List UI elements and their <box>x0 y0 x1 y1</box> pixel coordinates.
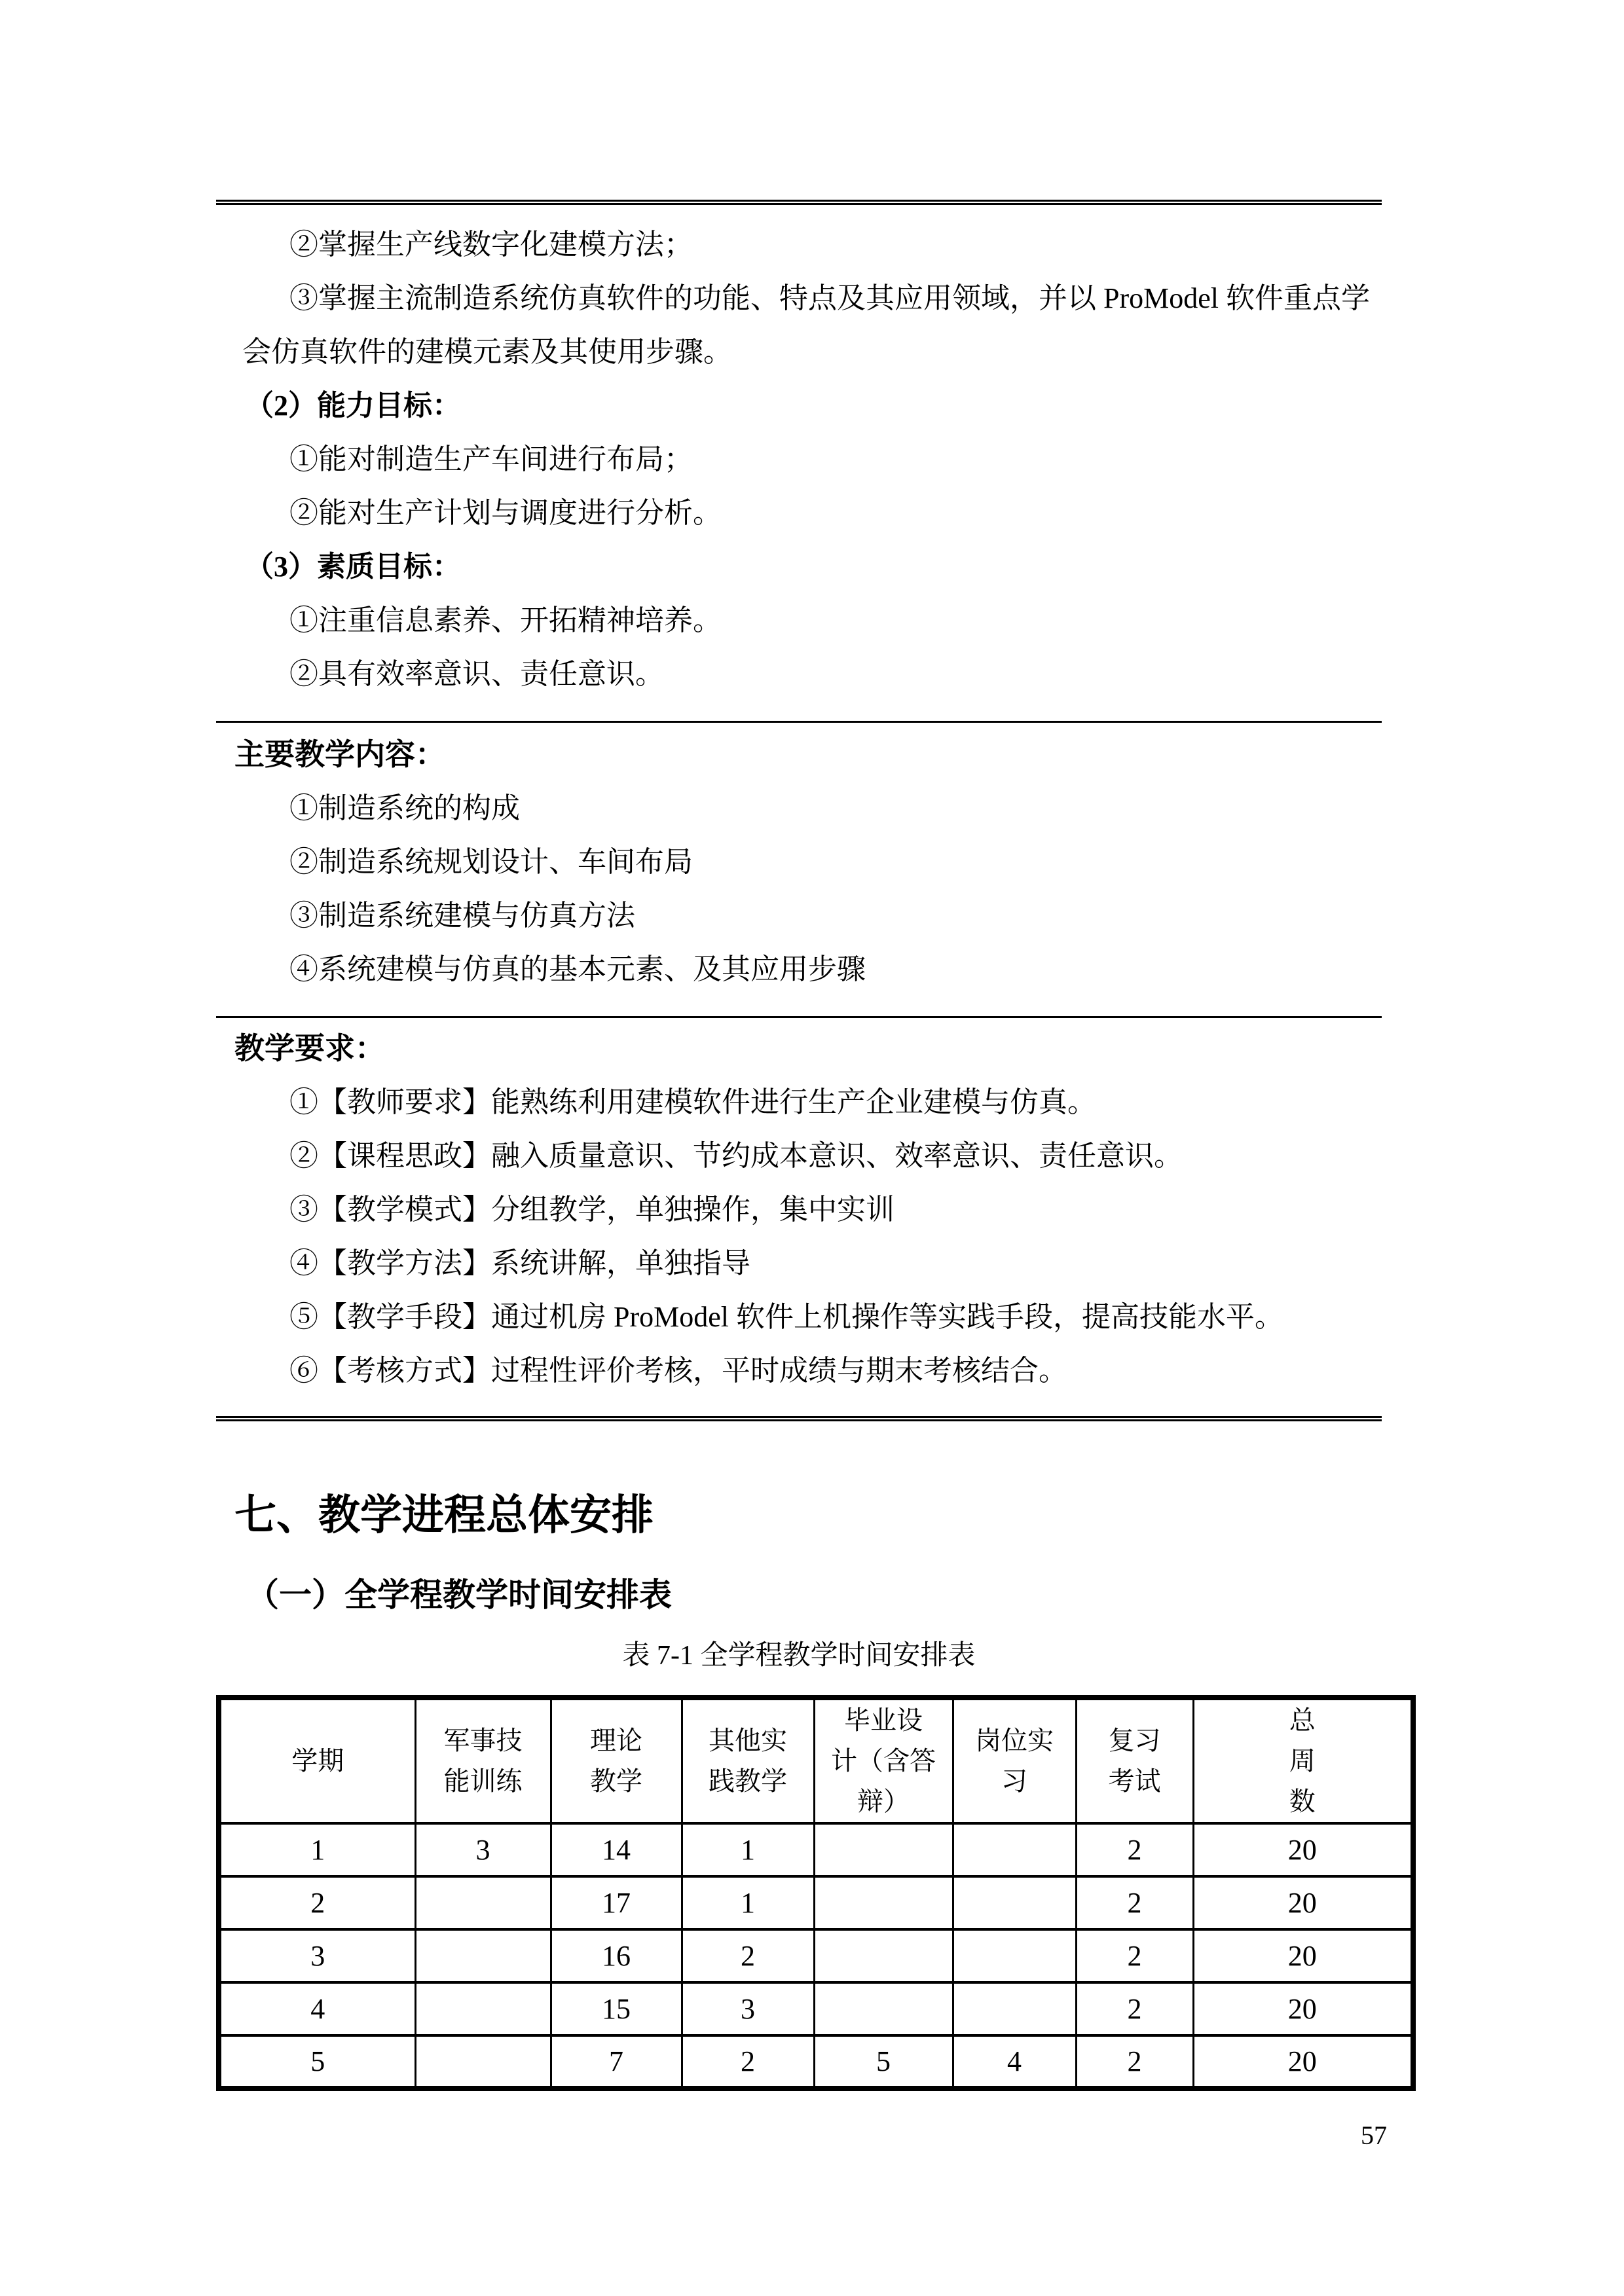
schedule-cell <box>953 1823 1076 1876</box>
schedule-header-cell: 总 周 数 <box>1193 1698 1413 1823</box>
page-content: ②掌握生产线数字化建模方法；③掌握主流制造系统仿真软件的功能、特点及其应用领域，… <box>216 200 1411 2091</box>
schedule-cell: 2 <box>1076 2035 1193 2088</box>
schedule-header-cell: 其他实 践教学 <box>682 1698 814 1823</box>
schedule-cell <box>814 1823 953 1876</box>
schedule-cell: 2 <box>682 1929 814 1982</box>
section-objectives: ②掌握生产线数字化建模方法；③掌握主流制造系统仿真软件的功能、特点及其应用领域，… <box>216 205 1382 721</box>
schedule-header-cell: 理论 教学 <box>551 1698 682 1823</box>
schedule-table: 学期军事技 能训练理论 教学其他实 践教学毕业设 计（含答 辩）岗位实 习复习 … <box>216 1695 1416 2091</box>
schedule-header-cell: 学期 <box>219 1698 415 1823</box>
schedule-cell <box>814 1876 953 1929</box>
schedule-header-cell: 岗位实 习 <box>953 1698 1076 1823</box>
section-teaching-requirements: 教学要求：①【教师要求】能熟练利用建模软件进行生产企业建模与仿真。②【课程思政】… <box>216 1016 1382 1416</box>
table-caption: 表 7-1 全学程教学时间安排表 <box>216 1639 1382 1673</box>
section-heading: 七、教学进程总体安排 <box>234 1489 1411 1540</box>
schedule-header-row: 学期军事技 能训练理论 教学其他实 践教学毕业设 计（含答 辩）岗位实 习复习 … <box>219 1698 1413 1823</box>
schedule-cell <box>415 1929 551 1982</box>
schedule-cell: 20 <box>1193 1929 1413 1982</box>
schedule-cell: 1 <box>682 1876 814 1929</box>
schedule-cell: 20 <box>1193 1823 1413 1876</box>
schedule-cell: 4 <box>953 2035 1076 2088</box>
schedule-cell: 5 <box>219 2035 415 2088</box>
text-line: ④【教学方法】系统讲解，单独指导 <box>234 1237 1382 1290</box>
text-line: ②【课程思政】融入质量意识、节约成本意识、效率意识、责任意识。 <box>234 1129 1382 1183</box>
text-line: ①【教师要求】能熟练利用建模软件进行生产企业建模与仿真。 <box>234 1076 1382 1129</box>
text-line: 会仿真软件的建模元素及其使用步骤。 <box>234 325 1382 379</box>
schedule-cell: 2 <box>1076 1929 1193 1982</box>
schedule-cell: 1 <box>219 1823 415 1876</box>
schedule-cell: 20 <box>1193 1876 1413 1929</box>
schedule-cell <box>953 1876 1076 1929</box>
schedule-header-cell: 毕业设 计（含答 辩） <box>814 1698 953 1823</box>
schedule-cell: 15 <box>551 1982 682 2035</box>
text-line: ②掌握生产线数字化建模方法； <box>234 218 1382 272</box>
schedule-row: 13141220 <box>219 1823 1413 1876</box>
page-number: 57 <box>1361 2120 1387 2151</box>
schedule-cell <box>814 1929 953 1982</box>
text-line: （2）能力目标： <box>234 379 1382 433</box>
schedule-cell: 14 <box>551 1823 682 1876</box>
text-line: ④系统建模与仿真的基本元素、及其应用步骤 <box>234 943 1382 996</box>
schedule-cell: 3 <box>415 1823 551 1876</box>
text-line: ①制造系统的构成 <box>234 782 1382 835</box>
text-line: ③制造系统建模与仿真方法 <box>234 889 1382 943</box>
schedule-cell <box>415 1982 551 2035</box>
schedule-cell: 7 <box>551 2035 682 2088</box>
text-line: ②具有效率意识、责任意识。 <box>234 647 1382 701</box>
course-info-block: ②掌握生产线数字化建模方法；③掌握主流制造系统仿真软件的功能、特点及其应用领域，… <box>216 200 1382 1421</box>
schedule-cell: 2 <box>682 2035 814 2088</box>
schedule-cell: 20 <box>1193 2035 1413 2088</box>
schedule-cell: 2 <box>1076 1876 1193 1929</box>
schedule-cell: 2 <box>1076 1823 1193 1876</box>
schedule-cell: 5 <box>814 2035 953 2088</box>
schedule-cell <box>415 2035 551 2088</box>
schedule-cell: 2 <box>219 1876 415 1929</box>
text-line: （3）素质目标： <box>234 540 1382 594</box>
schedule-cell: 2 <box>1076 1982 1193 2035</box>
text-line: ①注重信息素养、开拓精神培养。 <box>234 594 1382 647</box>
schedule-cell: 3 <box>682 1982 814 2035</box>
schedule-row: 3162220 <box>219 1929 1413 1982</box>
schedule-row: 57254220 <box>219 2035 1413 2088</box>
schedule-cell: 1 <box>682 1823 814 1876</box>
document-page: ②掌握生产线数字化建模方法；③掌握主流制造系统仿真软件的功能、特点及其应用领域，… <box>0 0 1624 2296</box>
schedule-header-cell: 复习 考试 <box>1076 1698 1193 1823</box>
schedule-row: 2171220 <box>219 1876 1413 1929</box>
schedule-row: 4153220 <box>219 1982 1413 2035</box>
text-line: ⑤【教学手段】通过机房 ProModel 软件上机操作等实践手段，提高技能水平。 <box>234 1290 1382 1344</box>
schedule-cell: 16 <box>551 1929 682 1982</box>
text-line: 教学要求： <box>234 1022 1382 1076</box>
schedule-table-body: 1314122021712203162220415322057254220 <box>219 1823 1413 2088</box>
text-line: ①能对制造生产车间进行布局； <box>234 433 1382 486</box>
text-line: ⑥【考核方式】过程性评价考核，平时成绩与期末考核结合。 <box>234 1344 1382 1398</box>
schedule-cell <box>953 1982 1076 2035</box>
schedule-table-head: 学期军事技 能训练理论 教学其他实 践教学毕业设 计（含答 辩）岗位实 习复习 … <box>219 1698 1413 1823</box>
schedule-cell: 4 <box>219 1982 415 2035</box>
schedule-cell <box>415 1876 551 1929</box>
text-line: ②制造系统规划设计、车间布局 <box>234 835 1382 889</box>
schedule-cell: 17 <box>551 1876 682 1929</box>
schedule-cell: 3 <box>219 1929 415 1982</box>
text-line: ③掌握主流制造系统仿真软件的功能、特点及其应用领域，并以 ProModel 软件… <box>234 272 1382 325</box>
sub-heading: （一）全学程教学时间安排表 <box>246 1575 1411 1615</box>
text-line: 主要教学内容： <box>234 728 1382 782</box>
schedule-cell <box>814 1982 953 2035</box>
text-line: ③【教学模式】分组教学，单独操作，集中实训 <box>234 1183 1382 1237</box>
text-line: ②能对生产计划与调度进行分析。 <box>234 486 1382 540</box>
schedule-header-cell: 军事技 能训练 <box>415 1698 551 1823</box>
schedule-cell: 20 <box>1193 1982 1413 2035</box>
schedule-cell <box>953 1929 1076 1982</box>
section-teaching-content: 主要教学内容：①制造系统的构成②制造系统规划设计、车间布局③制造系统建模与仿真方… <box>216 721 1382 1016</box>
